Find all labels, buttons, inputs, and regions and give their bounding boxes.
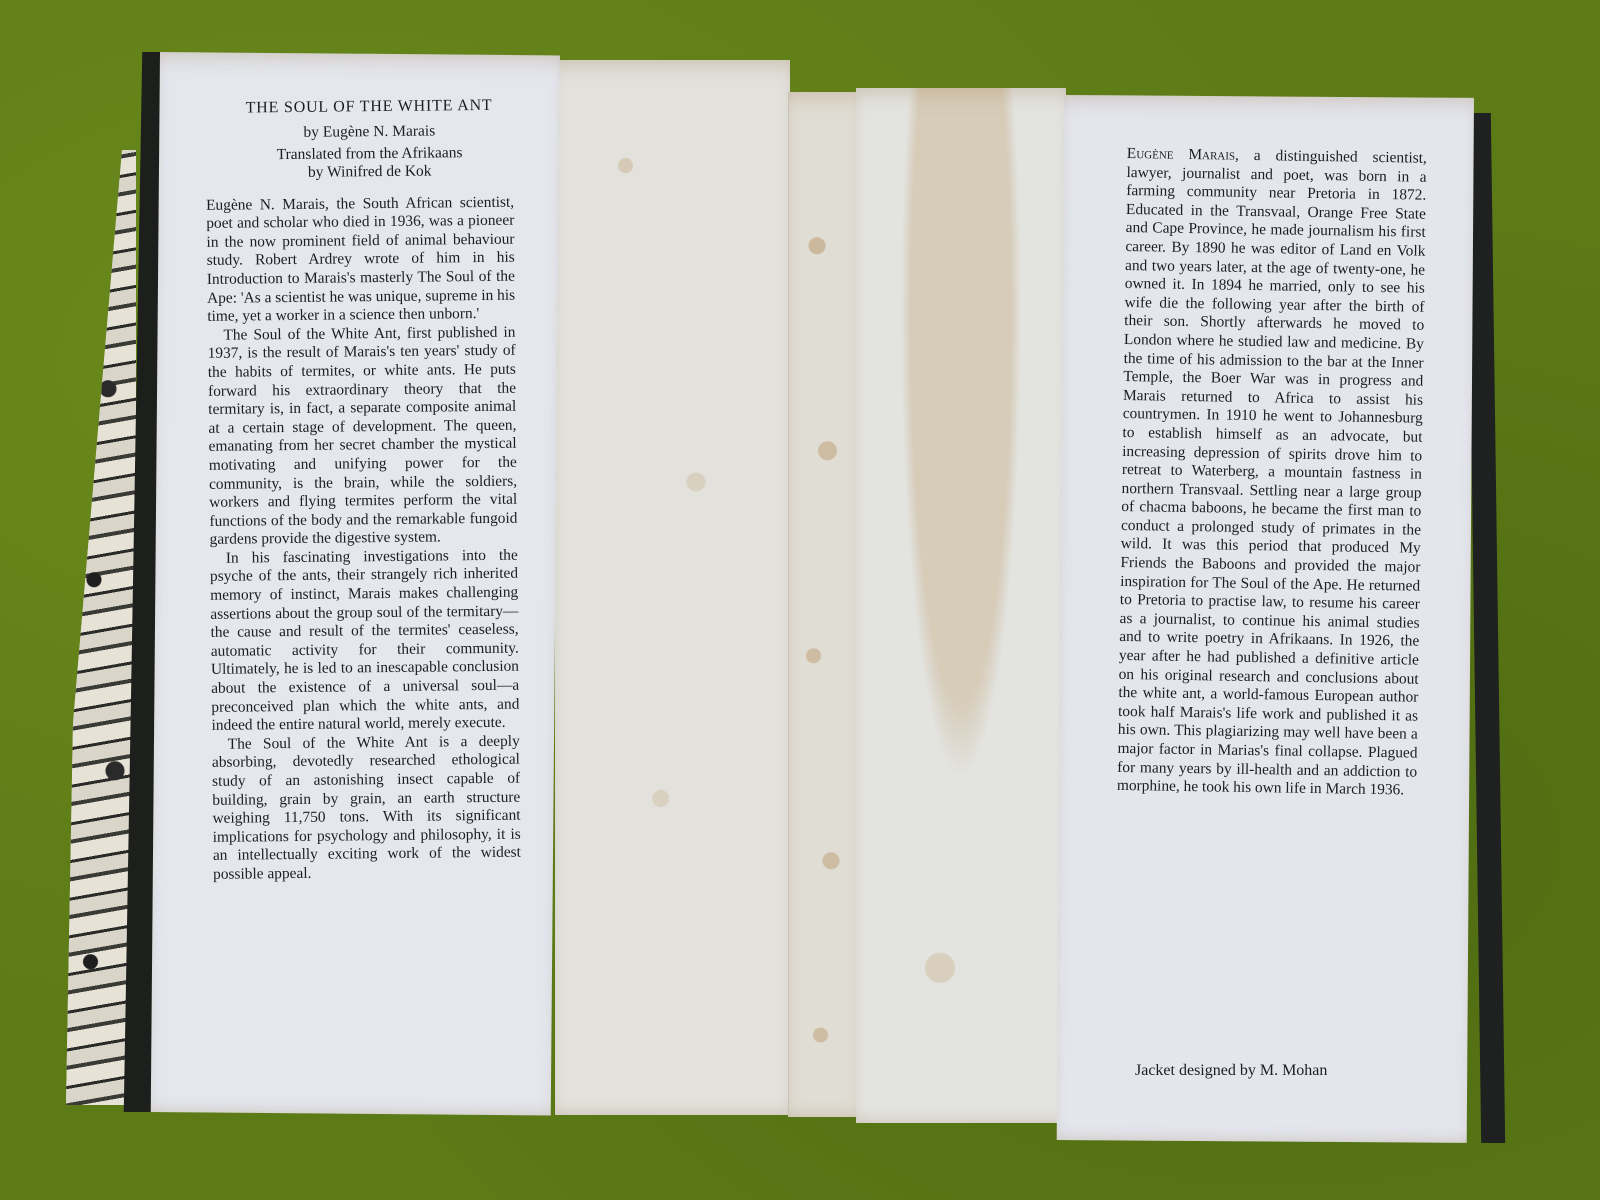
blurb-paragraph: Eugène N. Marais, the South African scie…: [206, 193, 515, 326]
book-jacket: THE SOUL OF THE WHITE ANT by Eugène N. M…: [0, 0, 1600, 1200]
jacket-credit: Jacket designed by M. Mohan: [1135, 1062, 1327, 1080]
translator-line: by Winifred de Kok: [196, 161, 514, 182]
author-bio: Eugène Marais, a distinguished scientist…: [1117, 145, 1427, 800]
book-title: THE SOUL OF THE WHITE ANT: [195, 97, 513, 119]
blurb-paragraph: The Soul of the White Ant, first publish…: [207, 323, 517, 549]
front-flap-text: THE SOUL OF THE WHITE ANT by Eugène N. M…: [195, 97, 521, 885]
blurb-paragraph: The Soul of the White Ant is a deeply ab…: [212, 732, 522, 884]
author-name-lead: Eugène Marais: [1127, 145, 1236, 164]
blurb-paragraph: In his fascinating investigations into t…: [210, 547, 520, 736]
inner-cover-left: [555, 60, 790, 1115]
blurb: Eugène N. Marais, the South African scie…: [196, 193, 521, 884]
inner-cover-right: [856, 88, 1066, 1123]
author-bio-body: , a distinguished scientist, lawyer, jou…: [1117, 147, 1427, 799]
spine-inside: [788, 92, 860, 1117]
back-flap-text: Eugène Marais, a distinguished scientist…: [1117, 145, 1427, 800]
author-byline: by Eugène N. Marais: [195, 121, 513, 142]
